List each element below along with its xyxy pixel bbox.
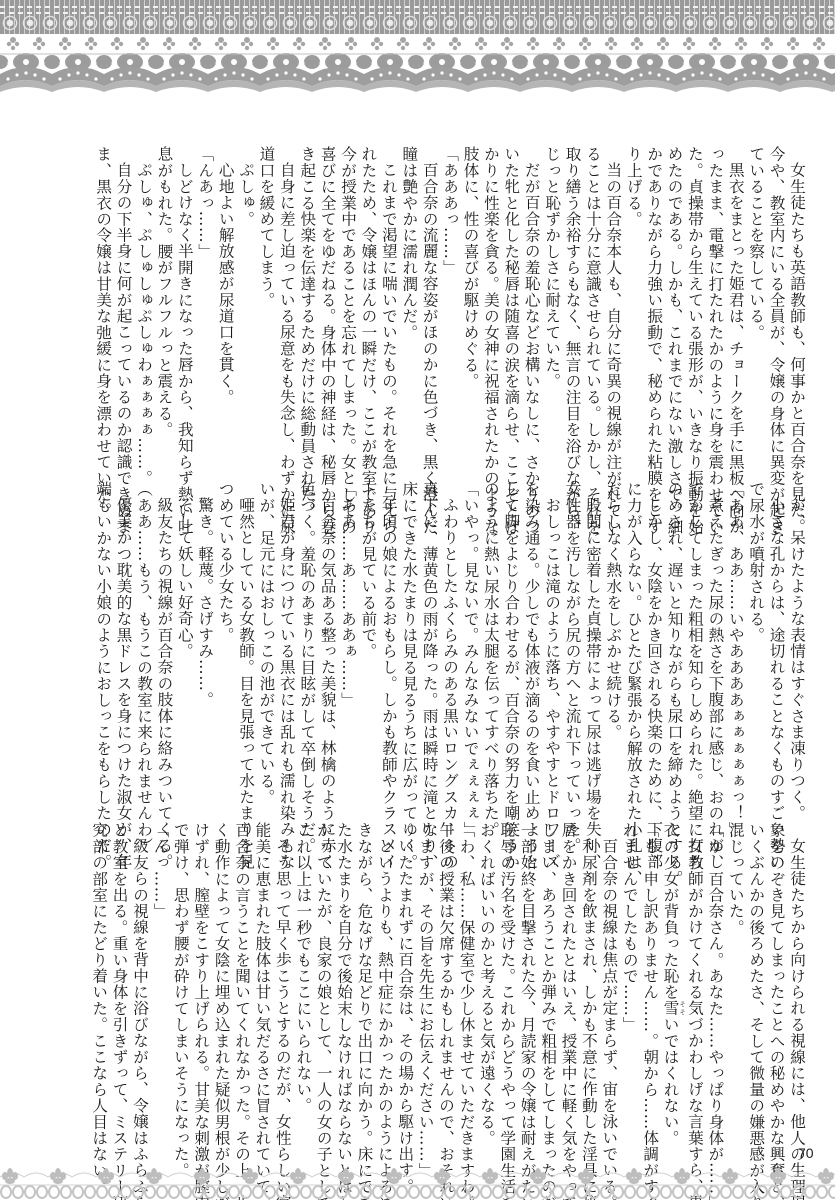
dialogue-line: 「わ、私……保健室で少し休ませていただきますわ。 xyxy=(456,822,476,1140)
text-line: 真下に、薄黄色の雨が降った。雨は瞬時に滝となり、 xyxy=(419,481,439,799)
text-line: 端もいかない小娘のようにおしっこをもらしたのだ。 xyxy=(93,481,113,799)
text-line: 心地よい解放感が尿道口を貫く。 xyxy=(215,146,235,452)
text-line: ふわりとしたふくらみのある黒いロングスカートの xyxy=(440,481,460,799)
text-line: く動作によって女陰に埋め込まれた疑似男根が少しだ xyxy=(211,822,231,1140)
text-line: 色づく。羞恥のあまりに目眩がして卒倒しそうだ。 xyxy=(297,481,317,799)
text-line: 驚き。軽蔑。さげすみ……。 xyxy=(195,481,215,799)
dialogue-line: 「んあっ……」 xyxy=(195,146,215,452)
text-line: そして妖しい好奇心。 xyxy=(174,481,194,799)
text-line: が、呆けたような表情はすぐさま凍りつく。 xyxy=(787,481,807,799)
dialogue-line: 「ああ……あ……ああぁ……」 xyxy=(338,481,358,799)
lace-flower-border-icon xyxy=(0,1163,835,1200)
text-line: かっていたが、良家の娘として、一人の女の子として、 xyxy=(313,822,333,1140)
text-line: いた牝と化した秘唇は随喜の涙を滴らせ、ここぞとば xyxy=(501,146,521,452)
text-line: りますが、その旨を先生にお伝えください……」 xyxy=(415,822,435,1140)
text-line: これまで渇望に喘いでいたもの。それを急に与えら xyxy=(378,146,398,452)
text-line: 優美かつ耽美的な黒ドレスを身につけた淑女が、年 xyxy=(113,481,133,799)
text-line: 道口を緩めてしまう。 xyxy=(256,146,276,452)
lace-stitch-line xyxy=(0,6,835,8)
text-line: 息がもれた。腰がフルフルっと震える。 xyxy=(154,146,174,452)
text-line: 取り繕う余裕すらもなく、無言の注目を浴びながら、 xyxy=(562,146,582,452)
text-line: た水たまりを自分で後始末しなければならないとはわ xyxy=(334,822,354,1140)
text-line: いくぶんかの後ろめたさ、そして微量の嫌悪感が入り xyxy=(746,822,766,1140)
text-line: 女性器を汚しながら尻の方へと流れ下っていった。 xyxy=(562,481,582,799)
text-line: ることは十分に意識させられている。しかし、それを xyxy=(583,146,603,452)
text-line: 女生徒たちから向けられる視線には、他人の生理現 xyxy=(787,822,807,1140)
text-line: というよりも、熱中症にかかったかのようによろめ xyxy=(374,822,394,1140)
text-line: めたのである。しかも、これまでにない激しさで。細 xyxy=(664,146,684,452)
text-tier-top: 女生徒たちも英語教師も、何事かと百合奈を見た。 今や、教室内にいる全員が、令嬢の… xyxy=(87,146,807,452)
top-lace-border xyxy=(0,0,835,100)
text-line: で尿水が噴射される。 xyxy=(746,481,766,799)
text-line: に力が入らない。ひとたび緊張から解放された小孔は、 xyxy=(623,481,643,799)
text-line: 喜びに全てをゆだねる。身体中の神経は、秘唇から巻 xyxy=(317,146,337,452)
text-line: だが百合奈の羞恥心などお構いなしに、さかりのつ xyxy=(521,146,541,452)
text-tier-middle: が、呆けたような表情はすぐさま凍りつく。 小さな孔からは、途切れることなくものす… xyxy=(87,481,807,799)
text-line: 今や、教室内にいる全員が、令嬢の身体に異変が起き xyxy=(766,146,786,452)
text-line: 百合奈の言うことを聞いてくれなかった。その上、歩 xyxy=(232,822,252,1140)
text-line: 級友らの視線を背中に浴びながら、令嬢はふらふら xyxy=(130,822,150,1140)
text-line: いたたまれずに百合奈は、その場から駆け出す。 xyxy=(395,822,415,1140)
text-line: 床にできた水たまりは見る見るうちに広がってゆく。 xyxy=(399,481,419,799)
text-line: 肢体に、性の喜びが駆けめぐる。 xyxy=(460,146,480,452)
text-line: 利尿剤を飲まされ、しかも不意に作動した淫具に秘 xyxy=(579,822,599,1140)
text-line: 百合奈の視線は焦点が定まらず、宙を泳いでいる。 xyxy=(599,822,619,1140)
text-line: つめている少女たち。 xyxy=(215,481,235,799)
text-line: 百合奈の流麗な容姿がほのかに色づき、黒く澄んだ xyxy=(419,146,439,452)
text-line: のめされ、遅いと知りながらも尿口を締めようとする。 xyxy=(664,481,684,799)
dialogue-line: 「ああ、ああ……いやああああぁぁぁぁぁっ！」 xyxy=(725,481,745,799)
text-line: 唖然としている女教師。目を見張って水たまりを見 xyxy=(236,481,256,799)
text-line: 象をのぞき見てしまったことへの秘めやかな興奮と、 xyxy=(766,822,786,1140)
text-line: れたため、令嬢はほんの一瞬だけ、ここが教室であり xyxy=(358,146,378,452)
text-line: して脚をよじり合わせるが、百合奈の努力を嘲笑うか xyxy=(501,481,521,799)
text-line: いが、足元にはおしっこの池ができている。 xyxy=(256,481,276,799)
text-line: かりに性楽を貪る。美の女神に祝福されたかのような xyxy=(481,146,501,452)
text-line: かでありながら力強い振動で、秘められた粘膜をこす xyxy=(644,146,664,452)
text-line: おしっこは滝のように落ち、やすやすとドロワーズ xyxy=(542,481,562,799)
text-line: ていることを察している。 xyxy=(746,146,766,452)
text-line: 小さな孔からは、途切れることなくものすごい勢い xyxy=(766,481,786,799)
text-line: 年頃の娘によるおもらし。しかも教師やクラスメイ xyxy=(378,481,398,799)
text-line: 恥辱の汚名を受けた。これからどうやって学園生活を xyxy=(497,822,517,1140)
text-line: と教室を出る。重い身体を引きずって、ミステリー研 xyxy=(109,822,129,1140)
text-line: そう思って早く歩こうとするのだが、女性らしい官 xyxy=(272,822,292,1140)
text-line: 姫君が身につけている黒衣には乱れも濡れ染みもな xyxy=(276,481,296,799)
text-line: ったまま、電撃に打たれたかのように身を震わせてい xyxy=(705,146,725,452)
text-line: 百合奈の気品ある整った美貌は、林檎のように赤く xyxy=(317,481,337,799)
text-line: 女教師がかけてくれる気づかわしげな言葉すら、黒 xyxy=(685,822,705,1140)
text-line: り上げる。 xyxy=(623,146,643,452)
text-line: 自分の下半身に何が起こっているのか認識できぬま xyxy=(113,146,133,452)
lace-scallop-icon xyxy=(0,30,835,100)
text-line: 黒衣をまとった姫君は、チョークを手に黒板へ向か xyxy=(725,146,745,452)
text-line: これ以上は一秒でもここにいられない。 xyxy=(293,822,313,1140)
text-line: 自身に差し迫っている尿意をも失念し、わずかに尿 xyxy=(276,146,296,452)
text-line: で弾け、思わず腰が砕けてしまいそうになった。 xyxy=(170,822,190,1140)
page-number: 70 xyxy=(798,1145,814,1161)
text-line: た。貞操帯から生えている張形が、いきなり振動を始 xyxy=(685,146,705,452)
text-line: 股間に密着した貞操帯によって尿は逃げ場を失い、 xyxy=(583,481,603,799)
text-line: ぷしゅ。 xyxy=(236,146,256,452)
text-line: 瞳は艶やかに濡れ潤んだ。 xyxy=(399,146,419,452)
text-line: 混じっていた。 xyxy=(725,822,745,1140)
dialogue-line: 「あああっ……」 xyxy=(440,146,460,452)
bottom-lace-border xyxy=(0,1163,835,1200)
text-line: 煮えたぎった尿の熱さを下腹部に感じ、おのれがし xyxy=(705,481,725,799)
text-line: 女生徒たちも英語教師も、何事かと百合奈を見た。 xyxy=(787,146,807,452)
text-line: 能美に恵まれた肢体は甘い気だるさに冒されていて、 xyxy=(252,822,272,1140)
inner-monologue-line: （ああ……もう、もうこの教室に来られませんわ） xyxy=(134,481,154,799)
text-line-with-ruby: 衣の少女が背負った恥を雪そそいではくれない。 xyxy=(660,822,684,1140)
dialogue-line: 「も、申し訳ありません……。朝から……体調がすぐ xyxy=(640,822,660,1140)
text-line: おくればいいのかと考えると気が遠くなる。 xyxy=(477,822,497,1140)
text-line: を染み通る。少しでも体液が滴るのを食い止めようと xyxy=(521,481,541,799)
text-line: 唇をかき回されたとはいえ、授業中に軽く気をやって xyxy=(558,822,578,1140)
text-line: 当の百合奈本人も、自分に奇異の視線が注がれてい xyxy=(603,146,623,452)
text-line: けずれ、膣壁をこすり上げられる。甘美な刺激が膣内 xyxy=(191,822,211,1140)
text-line: 今が授業中であることを忘れてしまった。女としての xyxy=(338,146,358,452)
text-line: でかしてしまった粗相を知らしめられた。絶望に打ち xyxy=(685,481,705,799)
text-line: しかし、女陰をかき回される快楽のために、下腹部 xyxy=(644,481,664,799)
dialogue-line: 「いやっ。見ないで。みんなみないでぇぇぇぇ」 xyxy=(460,481,480,799)
text-line: 級友たちの視線が百合奈の肢体に絡みついてくる。 xyxy=(154,481,174,799)
dialogue-line: 「んっ……」 xyxy=(150,822,170,1140)
text-line: 究部の部室にたどり着いた。ここなら人目はない。 xyxy=(89,822,109,1140)
text-line: トたちが見ている前で。 xyxy=(358,481,378,799)
text-line: 午後の授業は欠席するかもしれませんので、おそれい xyxy=(436,822,456,1140)
text-tier-bottom: 女生徒たちから向けられる視線には、他人の生理現 象をのぞき見てしまったことへの秘… xyxy=(87,822,807,1140)
ruby-annotation: 雪そそ xyxy=(662,1000,680,1016)
text-line: のように熱い尿水は太腿を伝ってすべり落ちた。 xyxy=(481,481,501,799)
text-line: じっと恥ずかしさに耐えていた。 xyxy=(542,146,562,452)
text-line: きながら、危なげな足どりで出口に向かう。床にでき xyxy=(354,822,374,1140)
text-line: しまい、あろうことか弾みで粗相をしてしまったのだ。 xyxy=(538,822,558,1140)
text-line: ま、黒衣の令嬢は甘美な弛緩に身を漂わせていた。 xyxy=(93,146,113,452)
text-line: ぷしゅ、ぷしゅしゅぷしゅわぁぁぁぁ……。 xyxy=(134,146,154,452)
text-line: れませんでしたもので……」 xyxy=(619,822,639,1140)
text-line: しどけなく半開きになった唇から、我知らず熱い吐 xyxy=(174,146,194,452)
dialogue-line: 「ゆ、百合奈さん。あなた……やっぱり身体が……」 xyxy=(705,822,725,1140)
text-line: き起こる快楽を伝達するためだけに総動員された。 xyxy=(297,146,317,452)
text-line: だらしなく熱水をしぶかせ続ける。 xyxy=(603,481,623,799)
text-line: 一部始終を目撃された今、月読家の令嬢は耐えがたい xyxy=(517,822,537,1140)
